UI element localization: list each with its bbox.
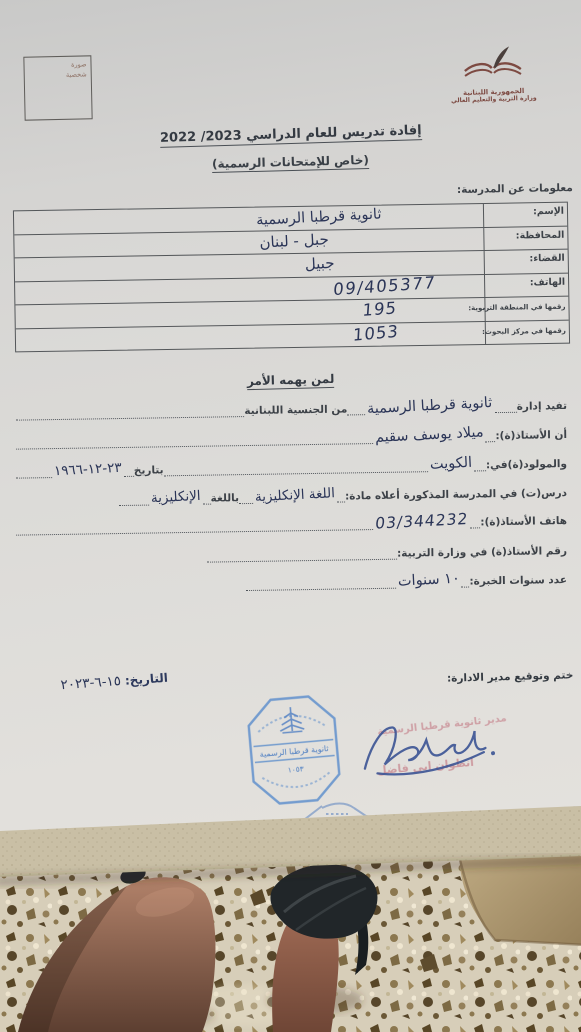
letter-line-7: عدد سنوات الخبرة: ١٠ سنوات xyxy=(16,569,567,600)
date-label: التاريخ: xyxy=(125,671,169,688)
dotted-line xyxy=(207,556,397,562)
row-label: رقمها في مركز البحوث: xyxy=(485,320,569,344)
title-text: إفادة تدريس للعام الدراسي 2023/ 2022 xyxy=(159,123,421,148)
handwritten-birthplace: الكويت xyxy=(429,455,472,473)
letter-line-4: درس(ت) في المدرسة المذكورة أعلاه مادة: ا… xyxy=(16,482,567,513)
handwritten-school-name: ثانوية قرطبا الرسمية xyxy=(256,206,382,228)
handwritten-district: جبيل xyxy=(304,254,335,273)
dotted-line xyxy=(16,441,373,450)
letter-line-2: أن الأستاذ(ة): ميلاد يوسف سقيم xyxy=(16,424,567,455)
ministry-logo-book-icon xyxy=(460,45,525,85)
handwritten-language: الإنكليزية xyxy=(150,488,200,506)
letter-heading-text: لمن يهمه الأمر xyxy=(247,372,335,390)
dotted-line xyxy=(16,475,52,479)
letter-line-3: والمولود(ة)في: الكويت بتاريخ ٢٣-١٢-١٩٦٦ xyxy=(16,453,567,484)
handwritten-governorate: جبل - لبنان xyxy=(259,230,329,251)
letter-line-1: تفيد إدارة ثانوية قرطبا الرسمية من الجنس… xyxy=(16,395,567,426)
subtitle-text: (خاص للإمتحانات الرسمية) xyxy=(212,153,369,173)
printed-text: عدد سنوات الخبرة: xyxy=(469,574,567,588)
printed-text: درس(ت) في المدرسة المذكورة أعلاه مادة: xyxy=(345,487,567,502)
handwritten-date: ١٥-٦-٢٠٢٣ xyxy=(60,673,122,693)
dotted-line xyxy=(16,414,244,421)
printed-text: والمولود(ة)في: xyxy=(486,458,567,471)
dotted-line xyxy=(203,501,211,504)
handwritten-phone: 09/405377 xyxy=(333,272,437,298)
handwritten-experience-years: ١٠ سنوات xyxy=(397,571,460,590)
printed-text: رقم الأستاذ(ة) في وزارة التربية: xyxy=(397,545,567,560)
letter-line-5: هاتف الأستاذ(ة): 03/344232 xyxy=(16,510,567,541)
printed-text: من الجنسية اللبنانية xyxy=(244,403,347,417)
printed-text: أن الأستاذ(ة): xyxy=(495,429,567,442)
director-stamp-label: ختم وتوقيع مدير الادارة: xyxy=(447,669,574,684)
document-title: إفادة تدريس للعام الدراسي 2023/ 2022 xyxy=(0,123,581,144)
printed-text: بتاريخ xyxy=(134,464,164,476)
dotted-line xyxy=(337,499,345,502)
dotted-line xyxy=(461,584,469,587)
letter-line-6: رقم الأستاذ(ة) في وزارة التربية: xyxy=(16,540,567,571)
dotted-line xyxy=(16,527,373,536)
dotted-line xyxy=(347,412,365,415)
stamp-number: ١٠٥٣ xyxy=(287,764,304,774)
row-label: القضاء: xyxy=(484,250,568,274)
document-subtitle: (خاص للإمتحانات الرسمية) xyxy=(0,151,581,171)
school-octagon-stamp: ثانوية قرطبا الرسمية ١٠٥٣ xyxy=(243,691,344,809)
row-label: المحافظة: xyxy=(483,226,567,250)
date-line: التاريخ: ١٥-٦-٢٠٢٣ xyxy=(0,670,168,699)
printed-text: تفيد إدارة xyxy=(517,400,568,413)
dotted-line xyxy=(495,409,517,412)
photo-box-label-line1: صورة xyxy=(66,59,87,70)
photo-of-document: صورة شخصية الجمهورية اللبنانية وزارة الت… xyxy=(0,0,581,1032)
row-label: رقمها في المنطقة التربوية: xyxy=(484,297,568,321)
handwritten-subject: اللغة الإنكليزية xyxy=(255,485,336,505)
dotted-line xyxy=(164,469,428,476)
printed-text: هاتف الأستاذ(ة): xyxy=(480,515,567,528)
dotted-line xyxy=(485,439,495,442)
dotted-line xyxy=(470,525,480,528)
handwritten-research-number: 1053 xyxy=(352,321,399,344)
personal-photo-box: صورة شخصية xyxy=(23,55,92,120)
dotted-line xyxy=(119,502,149,505)
cedar-tree-icon xyxy=(278,706,304,733)
printed-text: باللغة xyxy=(211,492,240,504)
handwritten-teacher-name: ميلاد يوسف سقيم xyxy=(374,424,483,445)
handwritten-school-name: ثانوية قرطبا الرسمية xyxy=(367,395,493,417)
row-label: الهاتف: xyxy=(484,273,568,297)
handwritten-teacher-phone: 03/344232 xyxy=(375,510,470,533)
letter-heading: لمن يهمه الأمر xyxy=(0,369,581,389)
stamp-curved-text-bottom xyxy=(262,772,331,790)
school-info-table: الإسم: ثانوية قرطبا الرسمية المحافظة: جب… xyxy=(13,202,570,353)
dotted-line xyxy=(239,500,253,503)
dotted-line xyxy=(474,468,486,471)
photo-box-label-line2: شخصية xyxy=(66,70,87,81)
director-signature xyxy=(352,705,504,790)
handwritten-birthdate: ٢٣-١٢-١٩٦٦ xyxy=(54,460,123,479)
row-label: الإسم: xyxy=(483,203,567,227)
dotted-line xyxy=(124,473,134,476)
school-info-heading: معلومات عن المدرسة: xyxy=(457,182,573,196)
handwritten-district-number: 195 xyxy=(362,298,398,319)
dotted-line xyxy=(246,585,396,590)
ministry-header: الجمهورية اللبنانية وزارة التربية والتعل… xyxy=(426,44,560,106)
